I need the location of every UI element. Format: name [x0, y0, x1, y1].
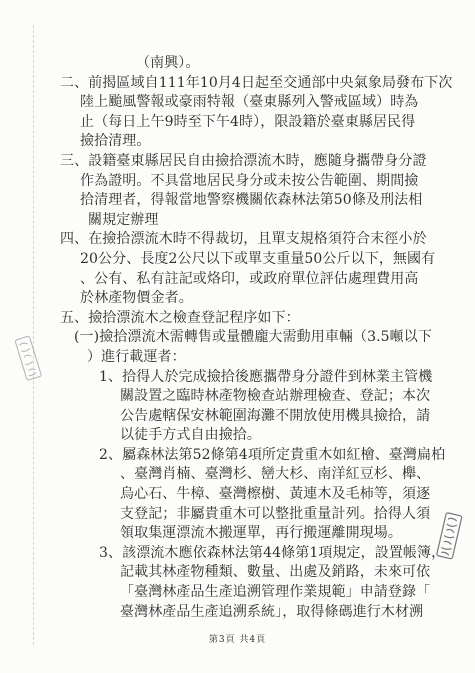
seal-stamp-left-icon	[10, 332, 48, 386]
text-line: 關設置之臨時林產物檢查站辦理檢查、登記；本次	[0, 387, 475, 407]
text-line: 撿拾清理。	[0, 132, 475, 152]
text-line: 1、拾得人於完成撿拾後應攜帶身分證件到林業主管機	[0, 368, 475, 388]
text-line: 3、該漂流木應依森林法第44條第1項規定，設置帳簿，	[0, 544, 475, 564]
text-line: 2、屬森林法第52條第4項所定貴重木如紅檜、臺灣扁柏	[0, 446, 475, 466]
text-line: 「臺灣林產品生產追溯管理作業規範」申請登錄「	[0, 583, 475, 603]
text-line: 關規定辦理	[0, 211, 475, 231]
document-text: （南興）。二、前揭區域自111年10月4日起至交通部中央氣象局發布下次陸上颱風警…	[0, 54, 475, 622]
text-line: 20公分、長度2公尺以下或單支重量50公斤以下，無國有	[0, 250, 475, 270]
text-line: 三、設籍臺東縣居民自由撿拾漂流木時，應隨身攜帶身分證	[0, 152, 475, 172]
text-line: 、臺灣肖楠、臺灣杉、巒大杉、南洋紅豆杉、櫸、	[0, 465, 475, 485]
text-line: 烏心石、牛樟、臺灣檫樹、黃連木及毛柿等，須逐	[0, 485, 475, 505]
text-line: 止（每日上午9時至下午4時），限設籍於臺東縣居民得	[0, 113, 475, 133]
page-number: 第3頁 共4頁	[0, 632, 475, 645]
text-line: 作為證明。不具當地居民身分或未按公告範圍、期間撿	[0, 172, 475, 192]
text-line: 二、前揭區域自111年10月4日起至交通部中央氣象局發布下次	[0, 74, 475, 94]
text-line: (一)撿拾漂流木需轉售或量體龐大需動用車輛（3.5噸以下	[0, 328, 475, 348]
text-line: 四、在撿拾漂流木時不得裁切，且單支規格須符合末徑小於	[0, 230, 475, 250]
text-line: （南興）。	[0, 54, 475, 74]
text-line: 以徒手方式自由撿拾。	[0, 426, 475, 446]
text-line: 臺灣林產品生產追溯系統」，取得條碼進行木材溯	[0, 603, 475, 623]
seal-stamp-right-icon	[430, 508, 470, 566]
text-line: 記載其林產物種類、數量、出處及銷路，未來可依	[0, 563, 475, 583]
text-line: 領取集運漂流木搬運單，再行搬運離開現場。	[0, 524, 475, 544]
text-line: 拾清理者，得報當地警察機關依森林法第50條及刑法相	[0, 191, 475, 211]
text-line: 五、撿拾漂流木之檢查登記程序如下：	[0, 309, 475, 329]
text-line: ）進行載運者：	[0, 348, 475, 368]
text-line: 陸上颱風警報或豪雨特報（臺東縣列入警戒區域）時為	[0, 93, 475, 113]
document-page: （南興）。二、前揭區域自111年10月4日起至交通部中央氣象局發布下次陸上颱風警…	[0, 0, 475, 673]
text-line: 支登記；非屬貴重木可以整批重量計列。拾得人須	[0, 505, 475, 525]
text-line: 於林產物價金者。	[0, 289, 475, 309]
text-line: 、公有、私有註記或烙印，或政府單位評估處理費用高	[0, 270, 475, 290]
text-line: 公告處轄保安林範圍海灘不開放使用機具撿拾，請	[0, 407, 475, 427]
